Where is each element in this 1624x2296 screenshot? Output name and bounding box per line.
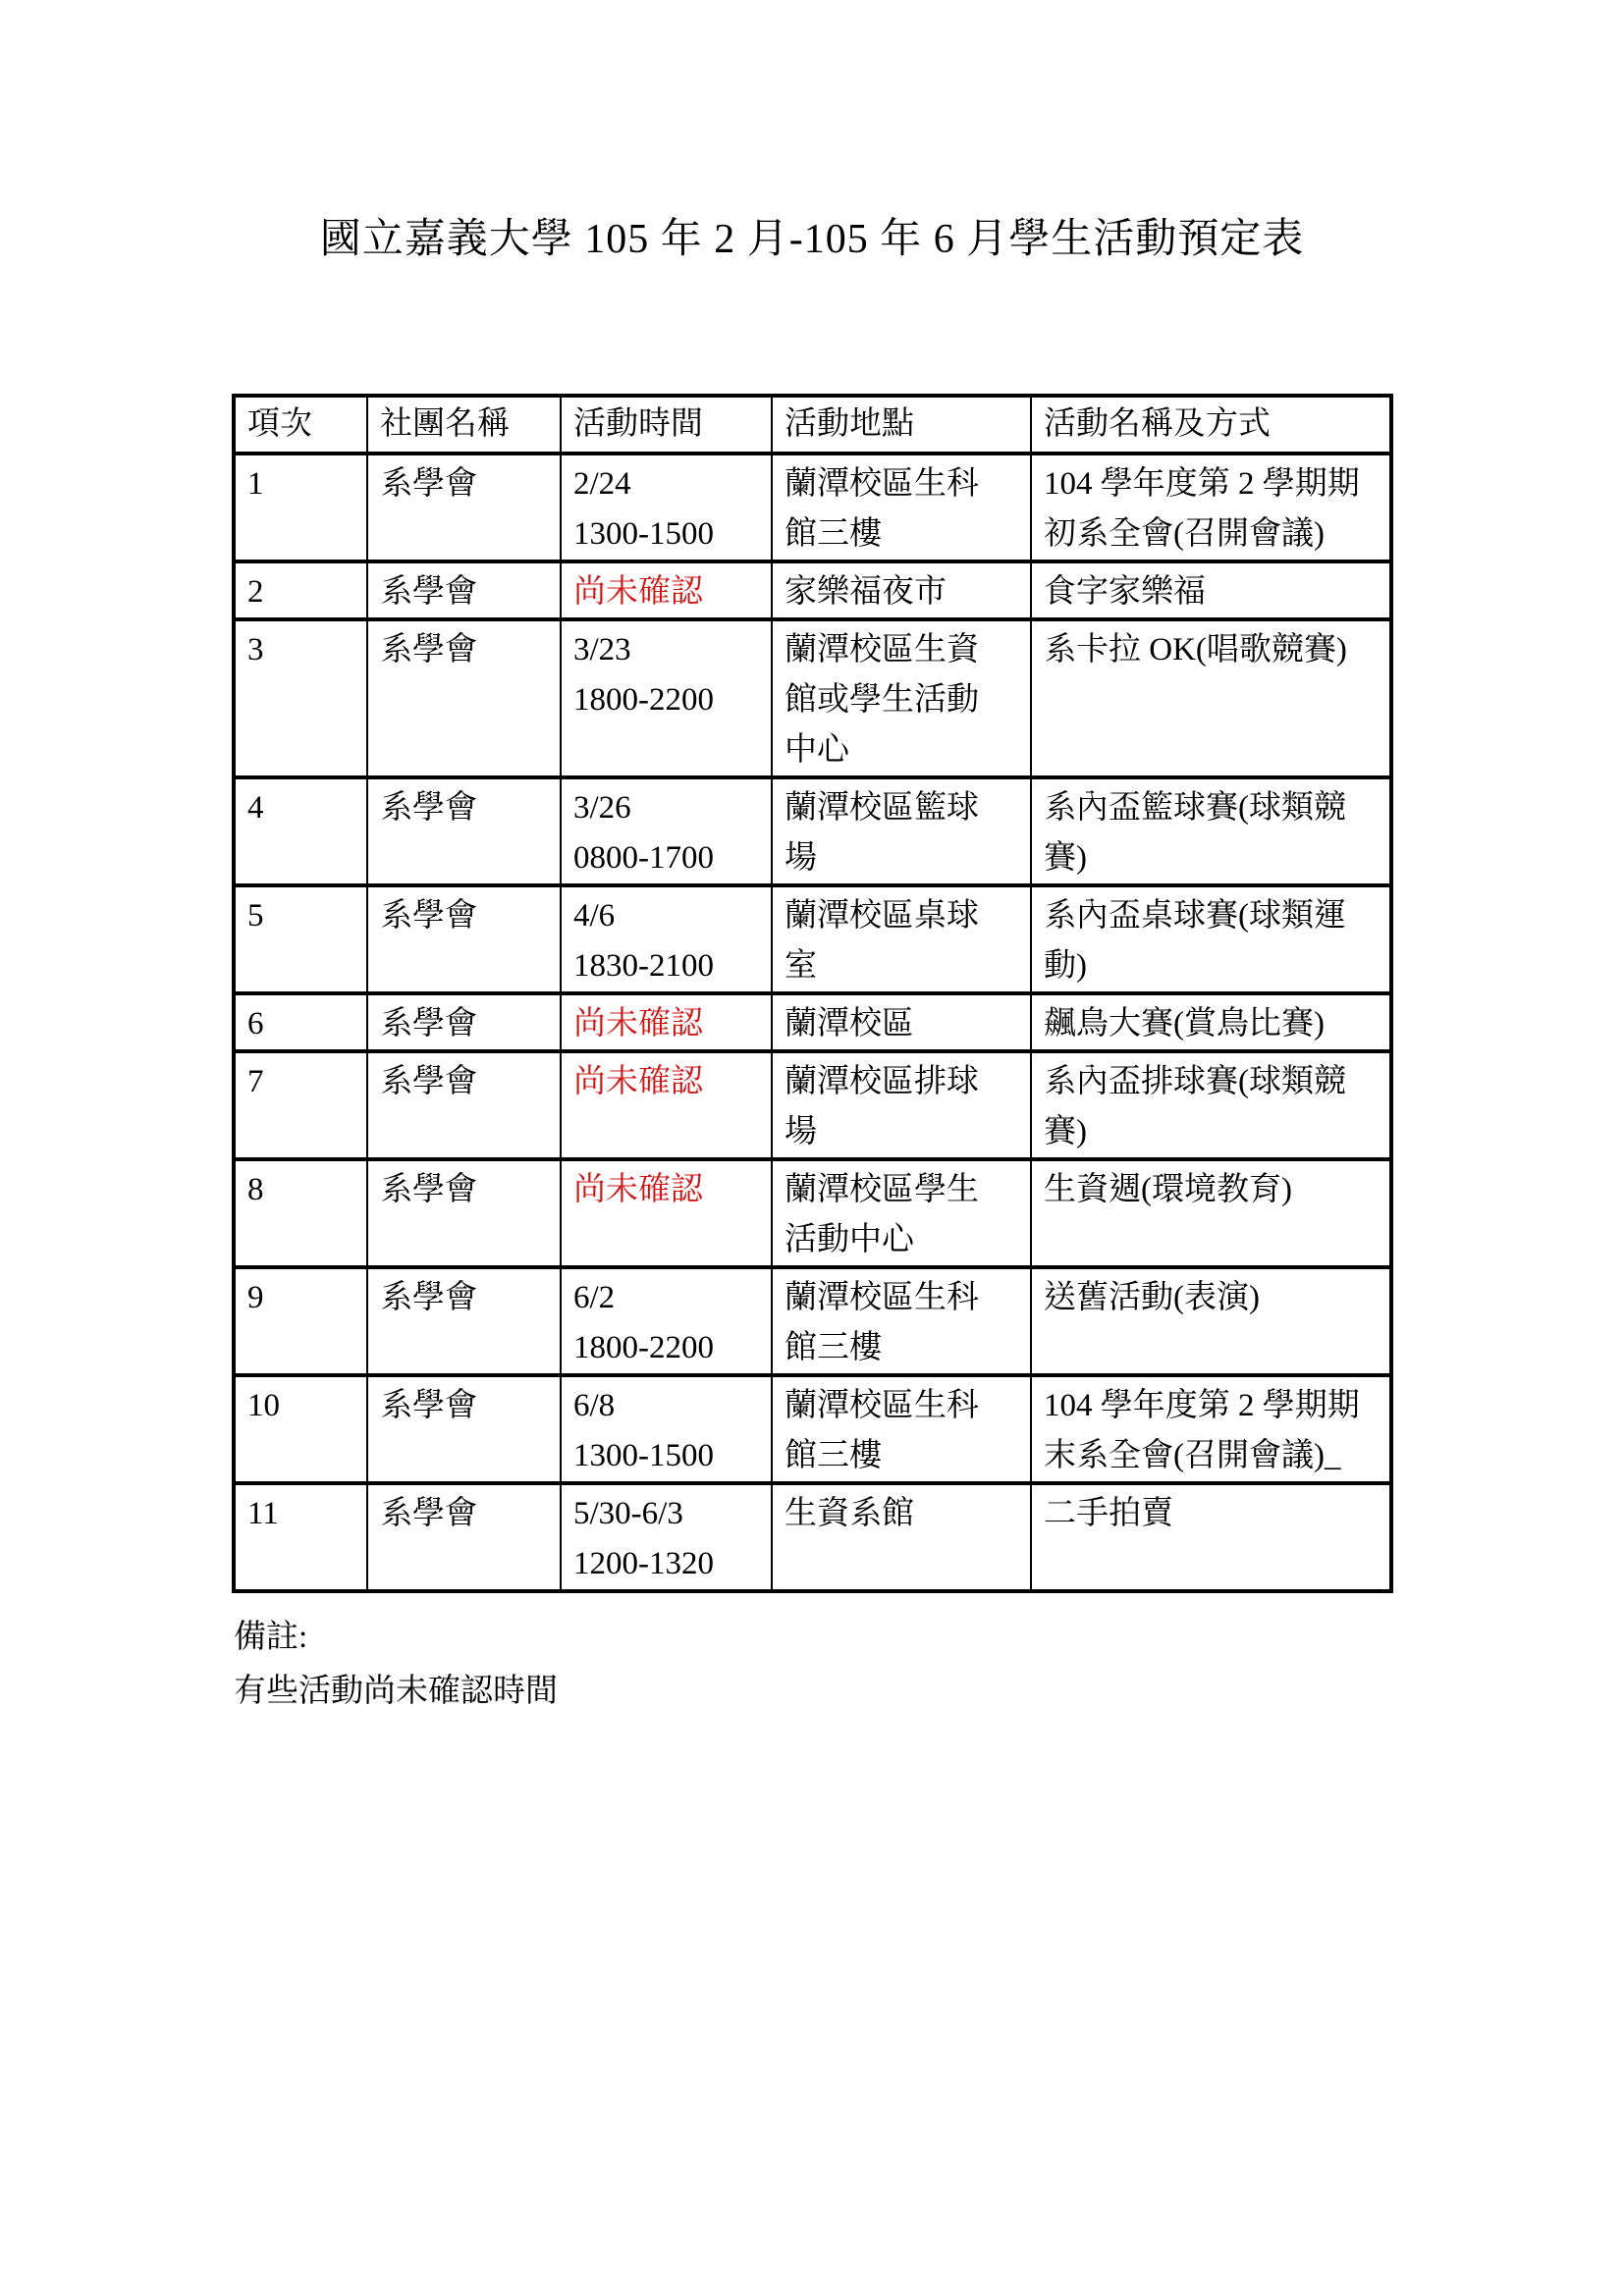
cell-no: 2 <box>234 561 367 619</box>
table-body: 1 系學會 2/24 1300-1500 蘭潭校區生科 館三樓 104 學年度第… <box>234 454 1391 1591</box>
cell-activity: 飆鳥大賽(賞鳥比賽) <box>1031 993 1391 1051</box>
cell-club: 系學會 <box>367 1267 561 1375</box>
cell-time: 3/26 0800-1700 <box>561 777 772 885</box>
cell-place: 蘭潭校區生科 館三樓 <box>772 1267 1031 1375</box>
cell-activity: 104 學年度第 2 學期期 初系全會(召開會議) <box>1031 454 1391 561</box>
cell-place: 蘭潭校區生資 館或學生活動 中心 <box>772 619 1031 777</box>
table-row: 8 系學會 尚未確認 蘭潭校區學生 活動中心 生資週(環境教育) <box>234 1159 1391 1267</box>
cell-activity: 系卡拉 OK(唱歌競賽) <box>1031 619 1391 777</box>
header-item-club: 社團名稱 <box>367 396 561 454</box>
cell-time: 5/30-6/3 1200-1320 <box>561 1483 772 1591</box>
cell-no: 10 <box>234 1375 367 1483</box>
cell-place: 蘭潭校區生科 館三樓 <box>772 454 1031 561</box>
cell-club: 系學會 <box>367 619 561 777</box>
cell-place: 蘭潭校區學生 活動中心 <box>772 1159 1031 1267</box>
cell-club: 系學會 <box>367 1375 561 1483</box>
footnote: 備註: 有些活動尚未確認時間 <box>234 1611 1624 1719</box>
cell-place: 蘭潭校區桌球 室 <box>772 885 1031 993</box>
document-page: 國立嘉義大學 105 年 2 月-105 年 6 月學生活動預定表 項次 社團名… <box>0 0 1624 2296</box>
header-row: 項次 社團名稱 活動時間 活動地點 活動名稱及方式 <box>234 396 1391 454</box>
cell-club: 系學會 <box>367 885 561 993</box>
table-row: 5 系學會 4/6 1830-2100 蘭潭校區桌球 室 系內盃桌球賽(球類運 … <box>234 885 1391 993</box>
cell-no: 4 <box>234 777 367 885</box>
cell-place: 生資系館 <box>772 1483 1031 1591</box>
cell-club: 系學會 <box>367 561 561 619</box>
cell-activity: 系內盃排球賽(球類競 賽) <box>1031 1051 1391 1159</box>
table-header: 項次 社團名稱 活動時間 活動地點 活動名稱及方式 <box>234 396 1391 454</box>
cell-no: 5 <box>234 885 367 993</box>
cell-time: 尚未確認 <box>561 1051 772 1159</box>
table-row: 9 系學會 6/2 1800-2200 蘭潭校區生科 館三樓 送舊活動(表演) <box>234 1267 1391 1375</box>
header-item-time: 活動時間 <box>561 396 772 454</box>
cell-place: 蘭潭校區 <box>772 993 1031 1051</box>
cell-activity: 生資週(環境教育) <box>1031 1159 1391 1267</box>
table-row: 3 系學會 3/23 1800-2200 蘭潭校區生資 館或學生活動 中心 系卡… <box>234 619 1391 777</box>
cell-time: 6/8 1300-1500 <box>561 1375 772 1483</box>
cell-club: 系學會 <box>367 1483 561 1591</box>
table-row: 6 系學會 尚未確認 蘭潭校區 飆鳥大賽(賞鳥比賽) <box>234 993 1391 1051</box>
cell-club: 系學會 <box>367 993 561 1051</box>
header-item-place: 活動地點 <box>772 396 1031 454</box>
cell-club: 系學會 <box>367 1051 561 1159</box>
cell-no: 1 <box>234 454 367 561</box>
cell-time: 尚未確認 <box>561 1159 772 1267</box>
cell-place: 蘭潭校區生科 館三樓 <box>772 1375 1031 1483</box>
cell-no: 9 <box>234 1267 367 1375</box>
cell-no: 7 <box>234 1051 367 1159</box>
cell-no: 11 <box>234 1483 367 1591</box>
cell-club: 系學會 <box>367 454 561 561</box>
table-row: 2 系學會 尚未確認 家樂福夜市 食字家樂福 <box>234 561 1391 619</box>
cell-activity: 系內盃籃球賽(球類競 賽) <box>1031 777 1391 885</box>
page-title: 國立嘉義大學 105 年 2 月-105 年 6 月學生活動預定表 <box>0 0 1624 265</box>
cell-time: 3/23 1800-2200 <box>561 619 772 777</box>
table-row: 11 系學會 5/30-6/3 1200-1320 生資系館 二手拍賣 <box>234 1483 1391 1591</box>
cell-time: 2/24 1300-1500 <box>561 454 772 561</box>
header-item-activity: 活動名稱及方式 <box>1031 396 1391 454</box>
table-row: 4 系學會 3/26 0800-1700 蘭潭校區籃球 場 系內盃籃球賽(球類競… <box>234 777 1391 885</box>
table-row: 1 系學會 2/24 1300-1500 蘭潭校區生科 館三樓 104 學年度第… <box>234 454 1391 561</box>
cell-no: 3 <box>234 619 367 777</box>
header-item-no: 項次 <box>234 396 367 454</box>
cell-place: 家樂福夜市 <box>772 561 1031 619</box>
cell-no: 8 <box>234 1159 367 1267</box>
cell-place: 蘭潭校區排球 場 <box>772 1051 1031 1159</box>
cell-club: 系學會 <box>367 1159 561 1267</box>
cell-activity: 系內盃桌球賽(球類運 動) <box>1031 885 1391 993</box>
cell-club: 系學會 <box>367 777 561 885</box>
cell-time: 6/2 1800-2200 <box>561 1267 772 1375</box>
cell-activity: 食字家樂福 <box>1031 561 1391 619</box>
cell-no: 6 <box>234 993 367 1051</box>
table-row: 7 系學會 尚未確認 蘭潭校區排球 場 系內盃排球賽(球類競 賽) <box>234 1051 1391 1159</box>
cell-activity: 送舊活動(表演) <box>1031 1267 1391 1375</box>
cell-time: 尚未確認 <box>561 993 772 1051</box>
cell-place: 蘭潭校區籃球 場 <box>772 777 1031 885</box>
cell-activity: 104 學年度第 2 學期期 末系全會(召開會議)_ <box>1031 1375 1391 1483</box>
cell-time: 尚未確認 <box>561 561 772 619</box>
cell-time: 4/6 1830-2100 <box>561 885 772 993</box>
table-row: 10 系學會 6/8 1300-1500 蘭潭校區生科 館三樓 104 學年度第… <box>234 1375 1391 1483</box>
activity-schedule-table: 項次 社團名稱 活動時間 活動地點 活動名稱及方式 1 系學會 2/24 130… <box>232 394 1393 1593</box>
cell-activity: 二手拍賣 <box>1031 1483 1391 1591</box>
